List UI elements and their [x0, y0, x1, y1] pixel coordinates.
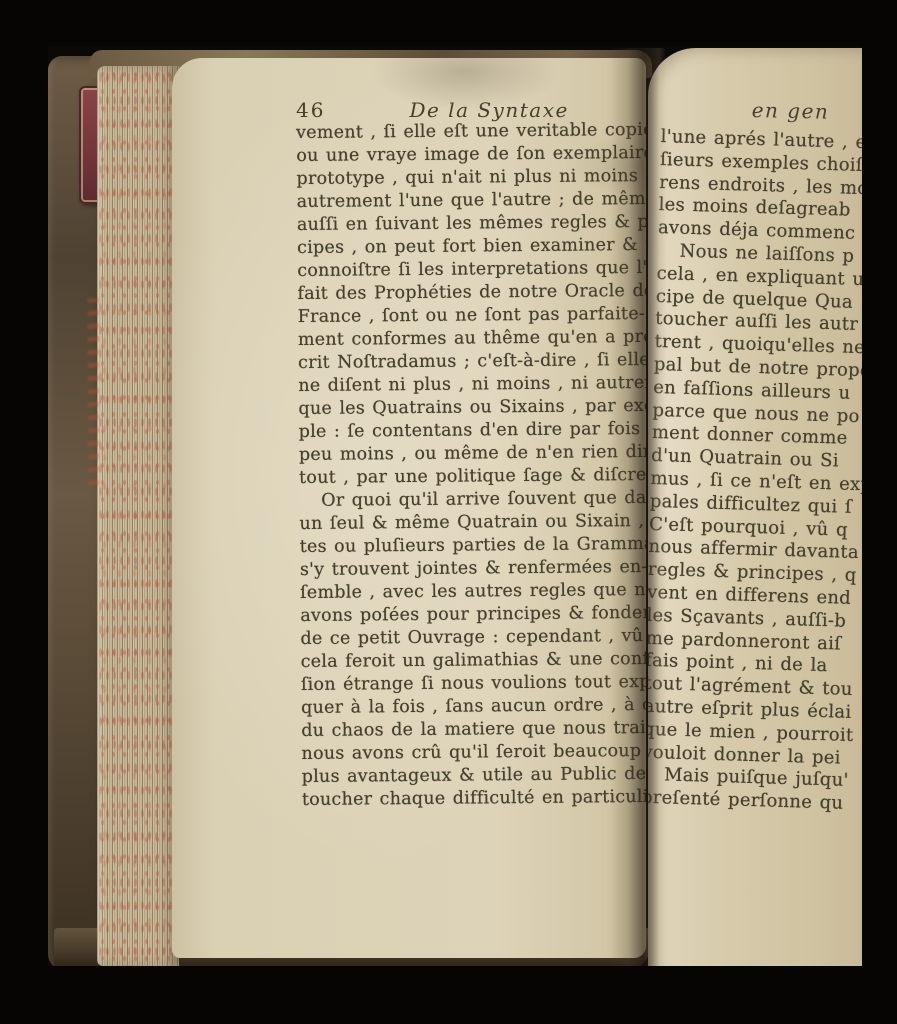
text-line: ſemble , avec les autres regles que nous: [300, 578, 646, 604]
right-page-text: l'une aprés l'autre , exſieurs exemples …: [648, 126, 864, 819]
text-line: cela feroit un galimathias & une confu-: [301, 647, 646, 673]
left-page: 46 De la Syntaxe vement , ſi elle eſt un…: [172, 58, 646, 958]
text-line: s'y trouvent jointes & renfermées en-: [300, 555, 646, 581]
text-line: un ſeul & même Quatrain ou Sixain , tou-: [299, 509, 646, 535]
text-line: ou une vraye image de ſon exemplaire &: [296, 142, 646, 168]
photo-crop-right: [862, 0, 897, 1024]
text-line: prototype , qui n'ait ni plus ni moins ,…: [296, 165, 646, 191]
text-line: de ce petit Ouvrage : cependant , vû que: [300, 624, 646, 650]
text-line: preſenté perſonne qu: [648, 787, 864, 819]
text-line: connoiſtre ſi les interpretations que l'…: [297, 257, 646, 283]
photo-crop-left: [0, 0, 48, 1024]
text-line: ple : ſe contentans d'en dire par fois u…: [299, 417, 646, 443]
page-stack-fore-edge: [97, 66, 179, 966]
left-page-text: vement , ſi elle eſt une veritable copie…: [296, 119, 646, 812]
text-line: ment conformes au thême qu'en a preſ-: [298, 326, 646, 352]
text-line: quer à la fois , ſans aucun ordre , à ca…: [301, 693, 646, 719]
text-line: auſſi en ſuivant les mêmes regles & prin…: [297, 211, 646, 237]
text-line: avons poſées pour principes & fondement: [300, 601, 646, 627]
text-line: ſion étrange ſi nous voulions tout expli…: [301, 670, 646, 696]
book-photo: 46 De la Syntaxe vement , ſi elle eſt un…: [0, 0, 897, 1024]
text-line: plus avantageux & utile au Public de: [302, 762, 646, 788]
right-page: en gen l'une aprés l'autre , exſieurs ex…: [648, 48, 864, 992]
text-line: que les Quatrains ou Sixains , par exem-: [298, 394, 646, 420]
text-line: nous avons crû qu'il ſeroit beaucoup: [301, 739, 646, 765]
photo-crop-top: [0, 0, 897, 46]
text-line: France , ſont ou ne ſont pas parfaite-: [298, 303, 646, 329]
text-line: fait des Prophéties de notre Oracle de l…: [297, 280, 646, 306]
text-line: cipes , on peut fort bien examiner & re-: [297, 234, 646, 260]
text-line: du chaos de la matiere que nous traitons…: [301, 716, 646, 742]
fore-edge-red-marks: [88, 298, 99, 488]
photo-crop-bottom: [0, 966, 897, 1024]
text-line: ne diſent ni plus , ni moins , ni autrem…: [298, 371, 646, 397]
text-line: autrement l'une que l'autre ; de même: [297, 188, 646, 214]
text-line: tout , par une politique ſage & diſcrett…: [299, 463, 646, 489]
text-line: crit Noſtradamus ; c'eſt-à-dire , ſi ell…: [298, 349, 646, 375]
text-line: peu moins , ou même de n'en rien dire du: [299, 440, 646, 466]
text-line: Or quoi qu'il arrive ſouvent que dans: [299, 486, 646, 512]
text-line: vement , ſi elle eſt une veritable copie…: [296, 119, 646, 145]
running-header-right: en gen: [751, 98, 864, 126]
page-number: 46: [296, 98, 325, 122]
text-line: tes ou pluſieurs parties de la Grammaire: [300, 532, 646, 558]
left-page-header: 46 De la Syntaxe: [296, 98, 646, 122]
running-header-left: De la Syntaxe: [409, 98, 568, 122]
text-line: toucher chaque difficulté en particulier…: [302, 785, 646, 811]
